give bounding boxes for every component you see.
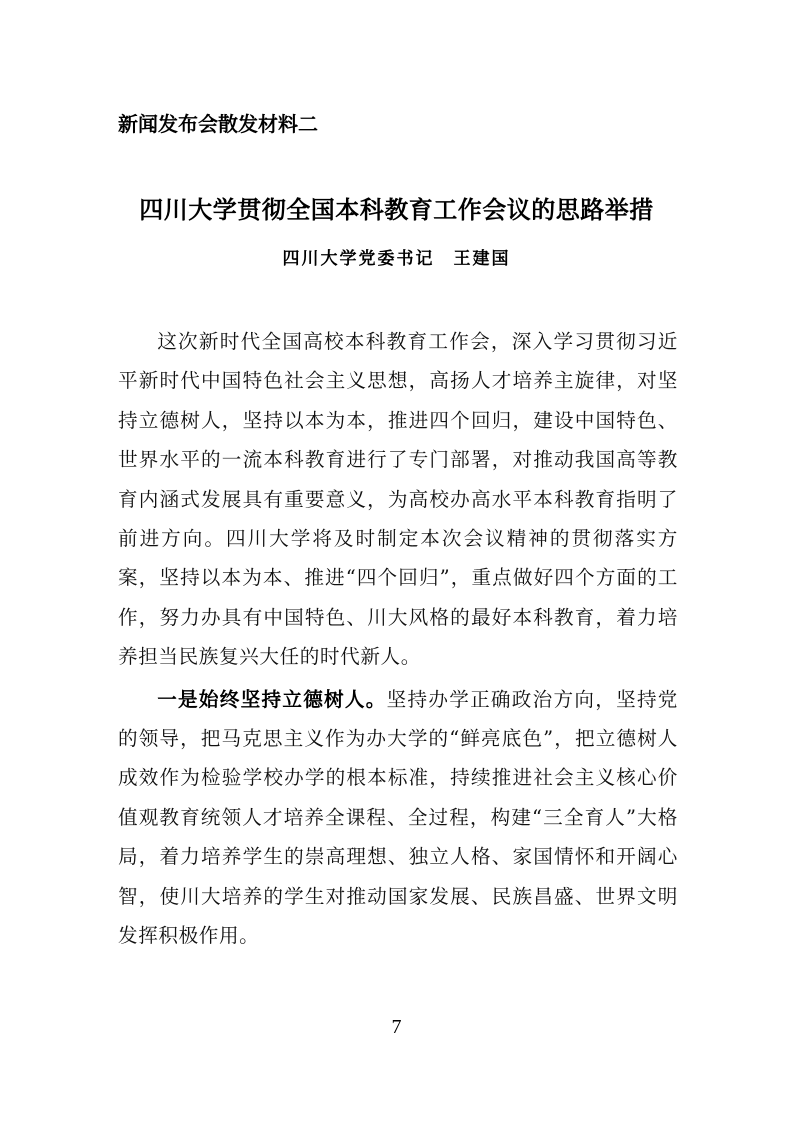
author-line: 四川大学党委书记 王建国 bbox=[0, 244, 793, 269]
document-body: 这次新时代全国高校本科教育工作会，深入学习贯彻习近平新时代中国特色社会主义思想，… bbox=[118, 322, 678, 956]
paragraph-point-one: 一是始终坚持立德树人。坚持办学正确政治方向，坚持党的领导，把马克思主义作为办大学… bbox=[118, 680, 678, 956]
paragraph-text: 这次新时代全国高校本科教育工作会，深入学习贯彻习近平新时代中国特色社会主义思想，… bbox=[118, 330, 678, 668]
paragraph-intro: 这次新时代全国高校本科教育工作会，深入学习贯彻习近平新时代中国特色社会主义思想，… bbox=[118, 322, 678, 677]
paragraph-text: 坚持办学正确政治方向，坚持党的领导，把马克思主义作为办大学的“鲜亮底色”，把立德… bbox=[118, 688, 678, 947]
page-number: 7 bbox=[0, 1016, 793, 1039]
document-page: 新闻发布会散发材料二 四川大学贯彻全国本科教育工作会议的思路举措 四川大学党委书… bbox=[0, 0, 793, 1122]
document-title: 四川大学贯彻全国本科教育工作会议的思路举措 bbox=[0, 190, 793, 225]
header-label: 新闻发布会散发材料二 bbox=[118, 108, 318, 137]
paragraph-lead-heading: 一是始终坚持立德树人。 bbox=[157, 688, 386, 711]
